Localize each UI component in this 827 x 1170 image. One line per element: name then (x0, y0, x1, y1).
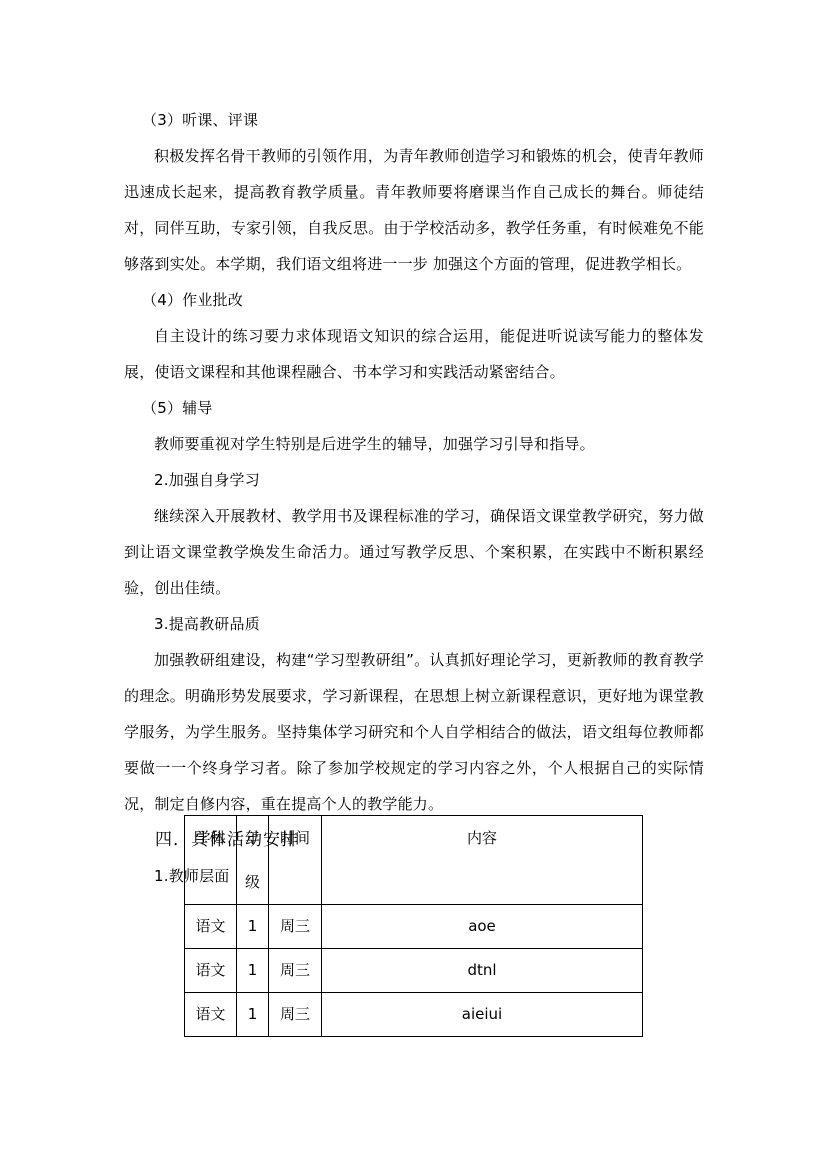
cell-grade: 1 (237, 905, 269, 949)
cell-time: 周三 (269, 993, 322, 1037)
cell-subject: 语文 (185, 993, 237, 1037)
document-page: （3）听课、评课 积极发挥名骨干教师的引领作用，为青年教师创造学习和锻炼的机会，… (124, 102, 704, 894)
table-row: 语文 1 周三 aoe (185, 905, 643, 949)
header-grade-line2: 级 (237, 860, 268, 904)
cell-grade: 1 (237, 993, 269, 1037)
header-grade: 年 级 (237, 816, 269, 905)
cell-subject: 语文 (185, 905, 237, 949)
paragraph-homework: 自主设计的练习要力求体现语文知识的综合运用，能促进听说读写能力的整体发展，使语文… (124, 318, 704, 390)
table-row: 语文 1 周三 dtnl (185, 949, 643, 993)
cell-time: 周三 (269, 905, 322, 949)
table-row: 语文 1 周三 aieiui (185, 993, 643, 1037)
section-heading-research-quality: 3.提高教研品质 (124, 606, 704, 642)
cell-grade: 1 (237, 949, 269, 993)
activity-table: 学科 年 级 时间 内容 语文 1 周三 aoe 语文 1 周三 dtnl 语文… (184, 815, 643, 1037)
paragraph-research-quality: 加强教研组建设，构建“学习型教研组”。认真抓好理论学习，更新教师的教育教学的理念… (124, 642, 704, 822)
header-subject: 学科 (185, 816, 237, 905)
cell-subject: 语文 (185, 949, 237, 993)
cell-content: aieiui (322, 993, 643, 1037)
cell-time: 周三 (269, 949, 322, 993)
cell-content: aoe (322, 905, 643, 949)
header-content: 内容 (322, 816, 643, 905)
header-time: 时间 (269, 816, 322, 905)
cell-content: dtnl (322, 949, 643, 993)
paragraph-listen-evaluate: 积极发挥名骨干教师的引领作用，为青年教师创造学习和锻炼的机会，使青年教师迅速成长… (124, 138, 704, 282)
paragraph-self-study: 继续深入开展教材、教学用书及课程标准的学习，确保语文课堂教学研究，努力做到让语文… (124, 498, 704, 606)
header-grade-line1: 年 (237, 816, 268, 860)
section-heading-tutoring: （5）辅导 (124, 390, 704, 426)
section-heading-self-study: 2.加强自身学习 (124, 462, 704, 498)
table-header-row: 学科 年 级 时间 内容 (185, 816, 643, 905)
paragraph-tutoring: 教师要重视对学生特别是后进学生的辅导，加强学习引导和指导。 (124, 426, 704, 462)
section-heading-homework: （4）作业批改 (124, 282, 704, 318)
section-heading-listen-evaluate: （3）听课、评课 (124, 102, 704, 138)
